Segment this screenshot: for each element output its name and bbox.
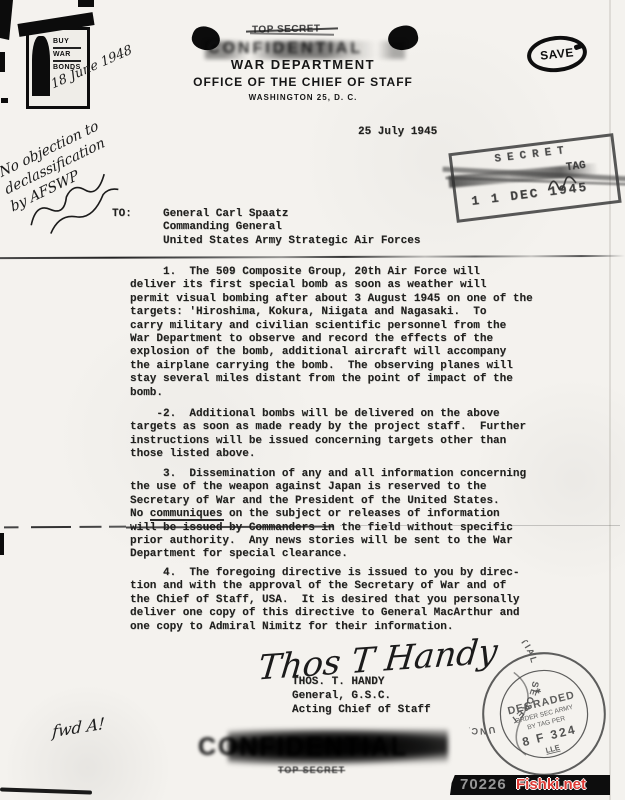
scan-edge-mark (78, 0, 94, 7)
stamp-monogram: LLE (545, 743, 561, 755)
paragraph-4: 4. The foregoing directive is issued to … (130, 567, 519, 634)
paper-crease (340, 525, 620, 526)
signature-name: THOS. T. HANDY (292, 676, 384, 689)
soldier-silhouette-icon (32, 36, 50, 96)
war-bonds-line: WAR (53, 47, 81, 62)
handwritten-fwd-note: fwd A! (52, 714, 105, 742)
watermark-number: 70226 (460, 776, 507, 793)
scan-edge-mark (0, 533, 4, 555)
save-stamp-label: SAVE (539, 45, 574, 62)
bottom-confidential-stamp: CONFIDENTIAL TOP SECRET (198, 733, 448, 781)
underline-mark (150, 519, 224, 521)
paper-crease (4, 526, 126, 529)
scan-edge-mark (1, 98, 8, 103)
scan-edge-mark (0, 787, 92, 794)
paragraph-2: -2. Additional bombs will be delivered o… (130, 408, 526, 462)
paragraph-3: 3. Dissemination of any and all informat… (130, 468, 526, 562)
scan-edge-mark (0, 52, 5, 72)
signature-title: Acting Chief of Staff (292, 704, 431, 717)
letterhead-department: WAR DEPARTMENT (153, 57, 453, 72)
stamp-star-icon: ✱ (535, 687, 543, 696)
war-bonds-line: BUY (53, 36, 81, 47)
letterhead-city: WASHINGTON 25, D. C. (153, 93, 453, 102)
letterhead-office: OFFICE OF THE CHIEF OF STAFF (153, 75, 453, 89)
to-address: General Carl Spaatz Commanding General U… (163, 208, 420, 248)
paragraph-1: 1. The 509 Composite Group, 20th Air For… (130, 266, 533, 400)
save-stamp: SAVE (525, 33, 588, 75)
watermark: 70226 Fishki.net (450, 774, 615, 796)
signature-rank: General, G.S.C. (292, 690, 391, 703)
paper-crease (0, 255, 625, 259)
bottom-top-secret-text: TOP SECRET (278, 765, 345, 775)
document-date: 25 July 1945 (358, 126, 437, 138)
ink-smudge (228, 729, 448, 765)
secret-receipt-stamp: SECRET TAG 1 1 DEC 1945 (448, 133, 621, 223)
to-label: TO: (112, 208, 132, 221)
watermark-site: Fishki.net (516, 776, 586, 793)
scan-edge-mark (0, 0, 13, 40)
document-scan: BUY WAR BONDS 18 June 1948 No objection … (0, 0, 625, 800)
